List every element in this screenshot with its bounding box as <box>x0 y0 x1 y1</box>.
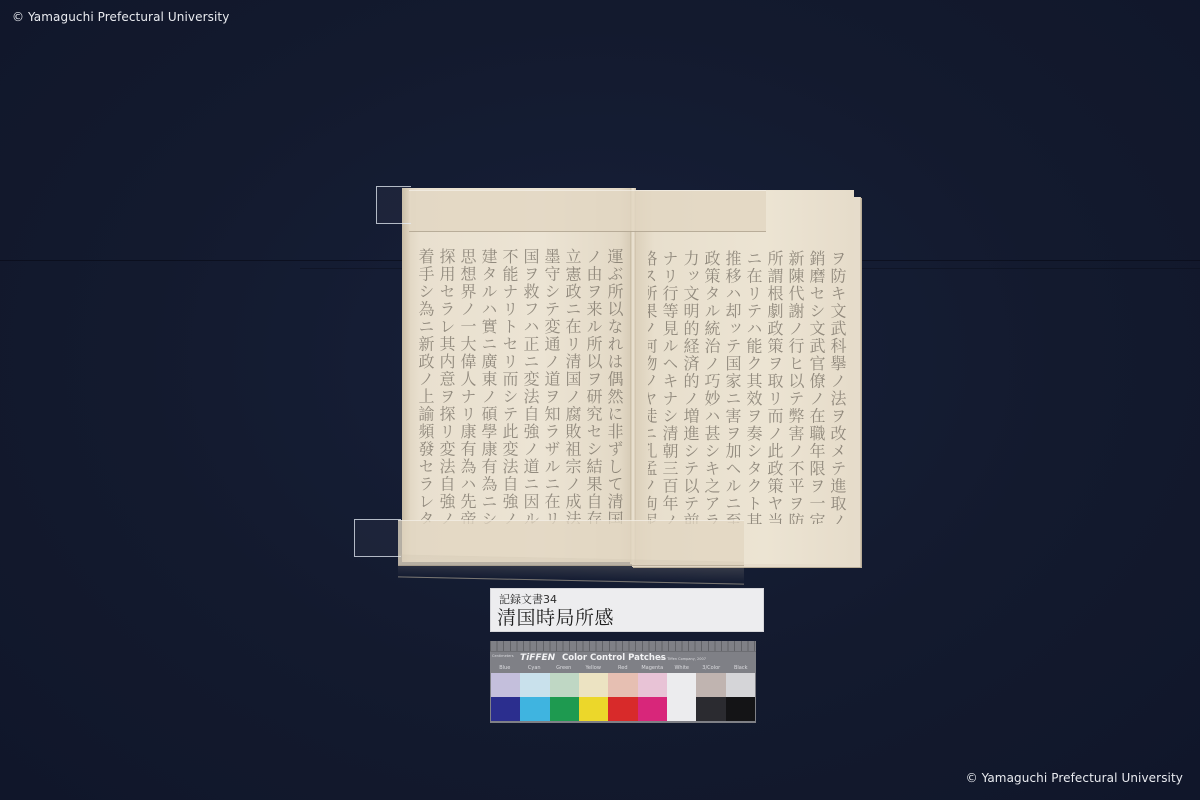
patch-name: Blue <box>490 665 520 673</box>
color-patch-magenta-dark <box>638 697 667 721</box>
patch-name: Yellow <box>579 665 609 673</box>
right-page-text: ヲ防キ文武科擧ノ法ヲ改メテ進取ノ気力ノ 銷磨セシ文武官僚ノ在職年限ヲ一定シテ 新… <box>648 250 848 524</box>
chart-brand-logo: TiFFEN <box>520 653 555 663</box>
patch-name: Green <box>549 665 579 673</box>
color-patch-white-dark <box>667 697 696 721</box>
document-title: 清国時局所感 <box>497 603 614 630</box>
manuscript-column: 思想界ノ一大偉人ナリ康有為ハ先帝ニ <box>457 248 478 524</box>
patch-name: Red <box>608 665 638 673</box>
manuscript-column: ヲ防キ文武科擧ノ法ヲ改メテ進取ノ気力ノ <box>827 250 848 524</box>
manuscript-column: 墨守シテ変通ノ道ヲ知ラザルニ在リト為シ消 <box>541 248 562 524</box>
color-patch-blue-dark <box>491 697 520 721</box>
patch-name-row: Blue Cyan Green Yellow Red Magenta White… <box>490 665 756 673</box>
acrylic-clip-top <box>409 190 766 232</box>
patch-name: 3/Color <box>697 665 727 673</box>
book-gutter <box>630 188 636 564</box>
color-patch-yellow-light <box>579 673 608 697</box>
patch-name: Magenta <box>638 665 668 673</box>
manuscript-column: 銷磨セシ文武官僚ノ在職年限ヲ一定シテ <box>806 250 827 524</box>
manuscript-column: 着手シ為ニ新政ノ上諭頻發セラレタリ然ルニ <box>415 248 436 524</box>
patch-name: Black <box>726 665 756 673</box>
color-patch-red-dark <box>608 697 637 721</box>
manuscript-column: 運ぶ所以なれは偶然に非ずして清国衰弱 <box>604 248 625 524</box>
manuscript-column: 新陳代謝ノ行ヒ以テ弊害ノ不平ヲ防ク皆 <box>785 250 806 524</box>
color-patch-grid <box>491 673 755 721</box>
manuscript-column: ノ由ヲ来ル所以ヲ研究セシ結果自存ノ要旨 <box>583 248 604 524</box>
patch-name: Cyan <box>520 665 550 673</box>
manuscript-column: 政策タル統治ノ巧妙ハ甚シキ之アラン其国 <box>701 250 722 524</box>
chart-copyright: © The Tiffen Company, 2007 <box>655 657 706 661</box>
manuscript-column: 所謂根劇政策ヲ取リ而ノ此政策ヤ当時 <box>764 250 785 524</box>
color-patch-black-dark <box>726 697 755 721</box>
left-page-text: 運ぶ所以なれは偶然に非ずして清国衰弱 ノ由ヲ来ル所以ヲ研究セシ結果自存ノ要旨 立… <box>415 248 625 524</box>
color-patch-cyan-dark <box>520 697 549 721</box>
manuscript-column: 不能ナリトセリ而シテ此変法自強ノ策ヲ始メテ <box>499 248 520 524</box>
left-page-edge <box>402 188 410 562</box>
patch-name: White <box>667 665 697 673</box>
color-patch-black-light <box>726 673 755 697</box>
color-patch-3color-dark <box>696 697 725 721</box>
manuscript-column: 国ヲ救フハ正ニ変法自強ノ道ニ因ルニ非ザレハ <box>520 248 541 524</box>
manuscript-column: 建タルハ實ニ廣東ノ碩學康有為ニシテ彼ハ所 <box>478 248 499 524</box>
color-patch-red-light <box>608 673 637 697</box>
color-patch-white-light <box>667 673 696 697</box>
chart-ruler <box>490 641 756 652</box>
copyright-watermark-bottom: © Yamaguchi Prefectural University <box>966 771 1183 785</box>
chart-heading: Color Control Patches <box>562 653 666 663</box>
color-patch-yellow-dark <box>579 697 608 721</box>
manuscript-column: 探用セラレ其内意ヲ探リ変法自強ノ實行ニ <box>436 248 457 524</box>
color-patch-green-light <box>550 673 579 697</box>
manuscript-column: 立憲政ニ在リ清国ノ腐敗祖宗ノ成法ヲ <box>562 248 583 524</box>
color-patch-3color-light <box>696 673 725 697</box>
acrylic-clip-top-edge <box>376 186 411 224</box>
color-patch-green-dark <box>550 697 579 721</box>
manuscript-column: 路ス所果ノ何物ソヤ徒ニ孔孟ノ拘泥シテ <box>648 250 659 524</box>
color-patch-cyan-light <box>520 673 549 697</box>
catalog-label-card: 記録文書34 清国時局所感 <box>490 588 764 632</box>
color-patch-blue-light <box>491 673 520 697</box>
chart-ruler-units: Centimeters <box>492 654 514 658</box>
color-patch-magenta-light <box>638 673 667 697</box>
manuscript-column: 力ッ文明的経済的ノ増進シテ以テ前ニ至ラ <box>680 250 701 524</box>
manuscript-column: 推移ハ却ッテ国家ニ害ヲ加ヘルニ至リテ由来我 <box>722 250 743 524</box>
acrylic-clip-bottom-edge <box>354 519 401 557</box>
manuscript-column: ニ在リテハ能ク其效ヲ奏シタクト其時運ノ <box>743 250 764 524</box>
color-control-chart: Centimeters TiFFEN Color Control Patches… <box>490 641 756 723</box>
manuscript-column: ナリ行等見ルヘキナシ清朝三百年ノ統治 <box>659 250 680 524</box>
